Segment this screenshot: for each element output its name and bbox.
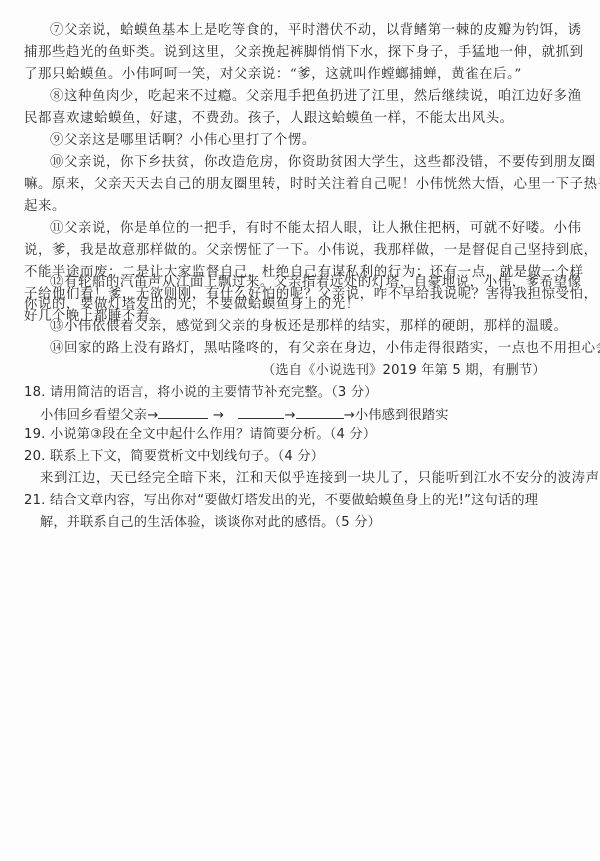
composition-final [0,0,600,861]
